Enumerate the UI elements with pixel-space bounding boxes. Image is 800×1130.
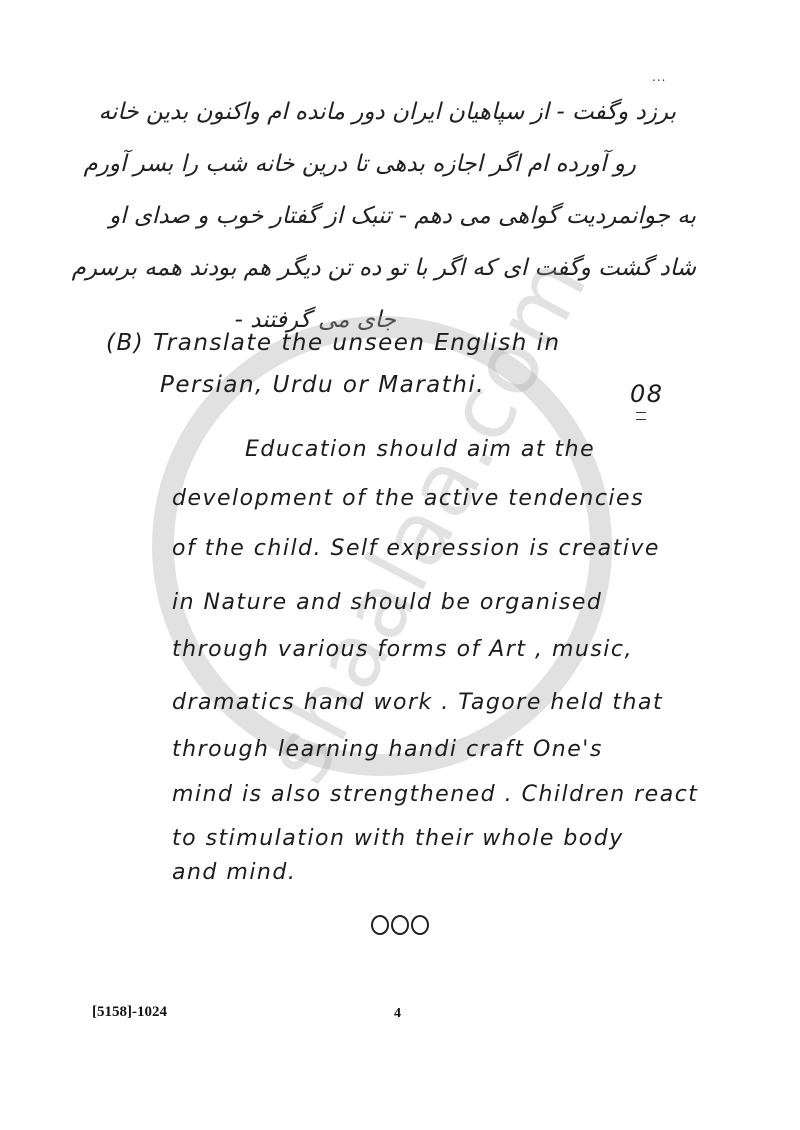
passage-line: development of the active tendencies <box>172 486 644 511</box>
persian-passage: برزد وگفت - از سپاهیان ایران دور مانده ا… <box>96 86 696 346</box>
persian-line: رو آورده ام اگر اجازه بدهی تا درین خانه … <box>96 138 696 190</box>
circle-icon <box>391 915 409 935</box>
passage-line: through learning handi craft One's <box>172 737 603 762</box>
passage-line: through various forms of Art , music, <box>172 637 633 662</box>
persian-line: به جوانمردیت گواهی می دهم - تنبک از گفتا… <box>96 190 696 242</box>
end-of-paper-mark <box>0 915 800 935</box>
persian-line: برزد وگفت - از سپاهیان ایران دور مانده ا… <box>96 86 696 138</box>
paper-code: [5158]-1024 <box>92 1004 167 1021</box>
question-b-heading: (B) Translate the unseen English in <box>106 330 561 356</box>
watermark-text: shaalaa.com <box>245 344 552 799</box>
passage-line: dramatics hand work . Tagore held that <box>172 690 663 715</box>
passage-line: and mind. <box>172 860 296 885</box>
corner-mark: ... <box>652 70 666 84</box>
persian-line: شاد گشت وگفت ای که اگر با تو ده تن دیگر … <box>96 242 696 294</box>
question-marks: 08 <box>630 380 664 408</box>
exam-page: ... برزد وگفت - از سپاهیان ایران دور مان… <box>0 0 800 1130</box>
passage-line: to stimulation with their whole body <box>172 826 624 851</box>
marks-underline <box>636 412 646 420</box>
page-number: 4 <box>394 1006 401 1022</box>
circle-icon <box>371 915 389 935</box>
passage-line: of the child. Self expression is creativ… <box>172 536 660 561</box>
passage-line: mind is also strengthened . Children rea… <box>172 782 698 807</box>
question-b-languages: Persian, Urdu or Marathi. <box>160 372 485 398</box>
passage-line: Education should aim at the <box>245 437 595 462</box>
passage-line: in Nature and should be organised <box>172 590 602 615</box>
circle-icon <box>411 915 429 935</box>
